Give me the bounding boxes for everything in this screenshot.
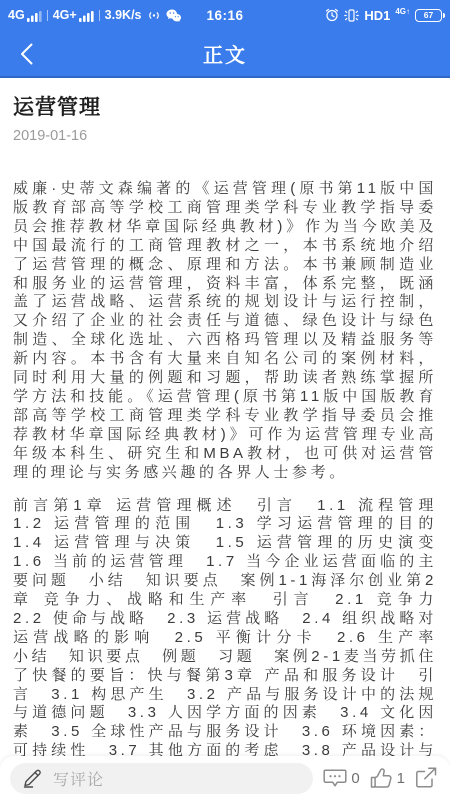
network1-label: 4G: [8, 8, 25, 22]
vibrate-icon: [344, 9, 359, 22]
thumbs-up-icon: [370, 767, 393, 789]
battery-percent: 67: [424, 10, 433, 20]
network2-label: 4G+: [53, 8, 77, 22]
like-count: 1: [397, 770, 405, 787]
pencil-icon: [22, 768, 44, 788]
comment-bubble-icon: [323, 768, 347, 789]
comment-bar: 写评论 0 1: [0, 756, 450, 800]
article-body: 威廉·史蒂文森编著的《运营管理(原书第11版中国版教育部高等学校工商管理类学科专…: [13, 180, 437, 799]
divider: [99, 10, 100, 21]
battery-icon: 67: [415, 9, 442, 22]
page-title: 正文: [0, 39, 450, 68]
comments-button[interactable]: 0: [323, 768, 359, 789]
like-button[interactable]: 1: [370, 767, 405, 789]
volte-label: HD1: [364, 8, 390, 23]
divider: [47, 10, 48, 21]
share-icon: [415, 767, 438, 789]
article-title: 运营管理: [13, 91, 437, 121]
net-type-label: 4G↑: [395, 7, 410, 16]
signal-bars-icon: [27, 11, 42, 22]
article-content: 运营管理 2019-01-16 威廉·史蒂文森编著的《运营管理(原书第11版中国…: [0, 91, 450, 799]
article-paragraph: 前言第1章 运营管理概述 引言 1.1 流程管理 1.2 运营管理的范围 1.3…: [13, 497, 437, 800]
back-chevron-icon: [20, 43, 33, 65]
wechat-icon: [166, 9, 181, 22]
status-bar: 4G 4G+ 3.9K/s 16:16 HD1 4G↑: [0, 0, 450, 30]
comment-placeholder: 写评论: [53, 767, 104, 790]
write-comment-input[interactable]: 写评论: [10, 763, 313, 794]
nav-bar: 正文: [0, 30, 450, 78]
status-time: 16:16: [206, 8, 243, 23]
signal-bars-icon: [79, 11, 94, 22]
article-paragraph: 威廉·史蒂文森编著的《运营管理(原书第11版中国版教育部高等学校工商管理类学科专…: [13, 180, 437, 483]
article-date: 2019-01-16: [13, 128, 437, 144]
alarm-clock-icon: [325, 8, 339, 22]
share-button[interactable]: [415, 767, 438, 789]
hotspot-icon: [147, 10, 161, 21]
back-button[interactable]: [6, 30, 46, 78]
network-speed: 3.9K/s: [105, 8, 142, 22]
comment-count: 0: [351, 770, 359, 787]
